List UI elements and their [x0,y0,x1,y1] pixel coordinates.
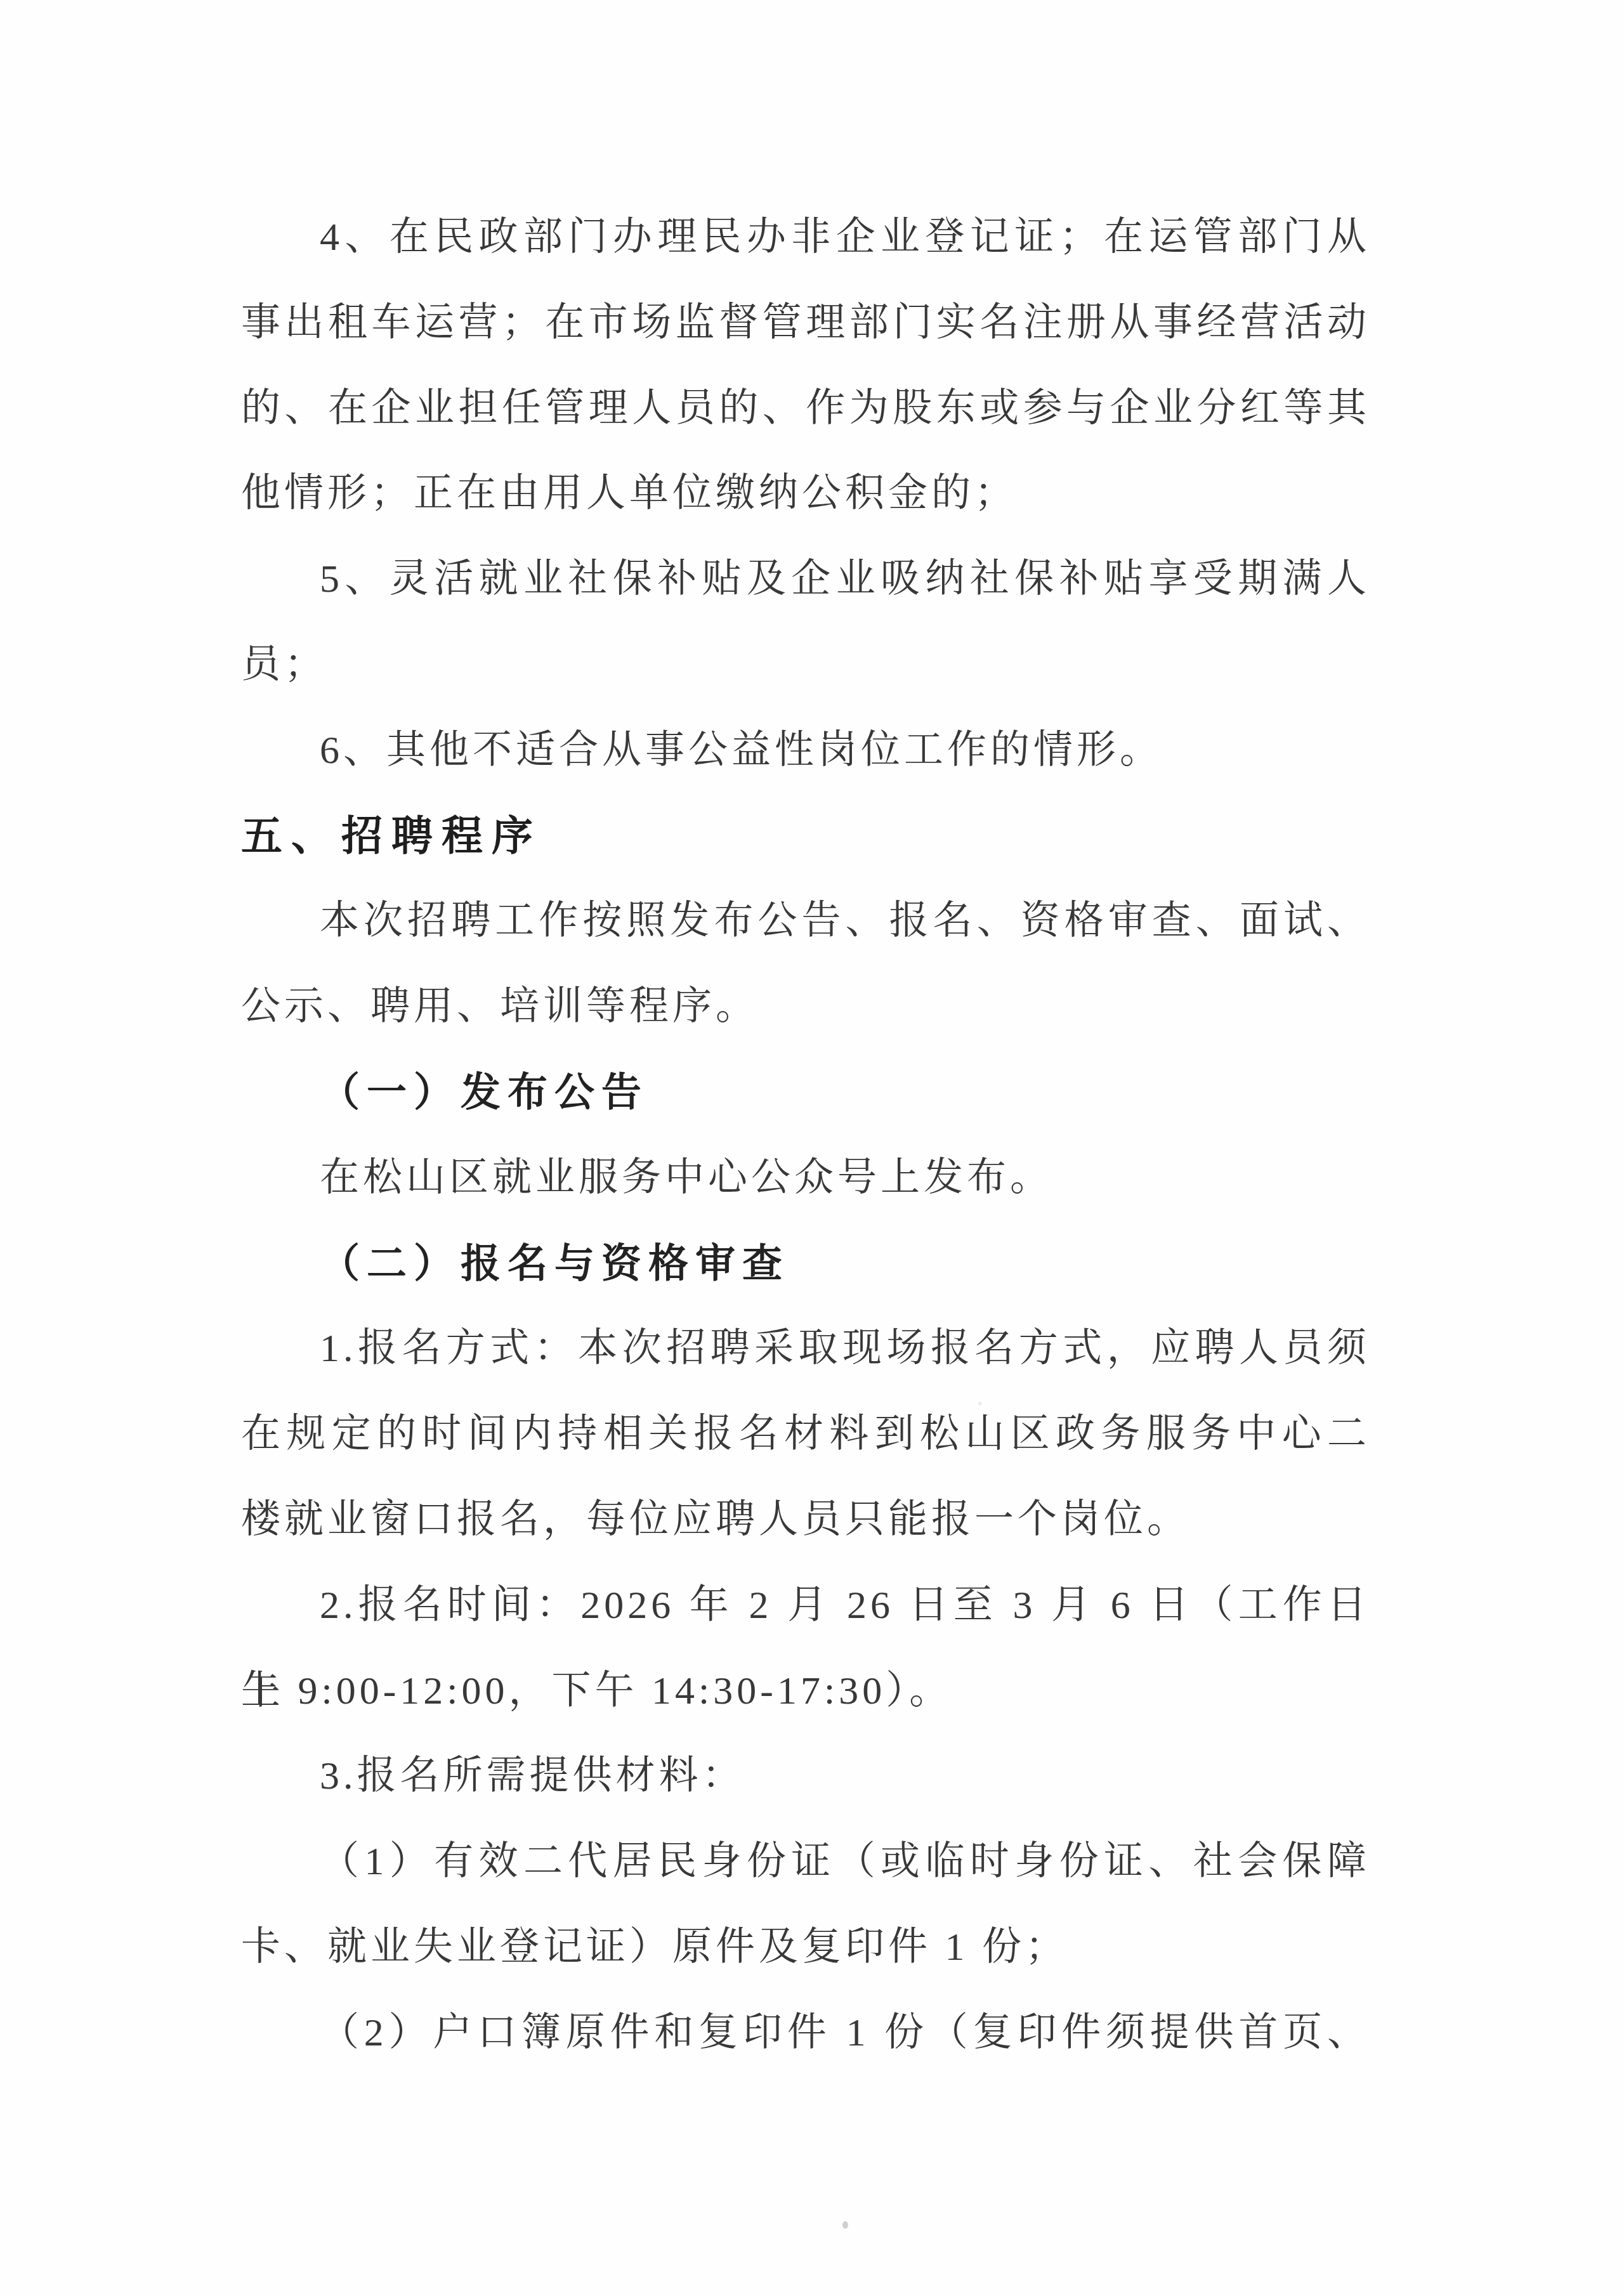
document-line-13: （二）报名与资格审查 [241,1221,1370,1307]
document-line-3: 的、在企业担任管理人员的、作为股东或参与企业分红等其 [241,366,1370,452]
document-line-22: （2）户口簿原件和复印件 1 份（复印件须提供首页、 [241,1990,1370,2076]
document-page: 4、在民政部门办理民办非企业登记证；在运管部门从事出租车运营；在市场监督管理部门… [0,0,1624,2296]
document-line-5: 5、灵活就业社保补贴及企业吸纳社保补贴享受期满人 [241,537,1370,622]
document-line-15: 在规定的时间内持相关报名材料到松山区政务服务中心二 [241,1392,1370,1477]
document-line-4: 他情形；正在由用人单位缴纳公积金的； [241,451,1370,537]
scan-speck [978,1402,982,1406]
document-line-8: 五、招聘程序 [241,793,1370,879]
scan-speck [842,2221,848,2229]
document-line-18: 午 9:00-12:00，下午 14:30-17:30）。 [241,1648,1370,1734]
document-line-11: （一）发布公告 [241,1050,1370,1135]
document-line-7: 6、其他不适合从事公益性岗位工作的情形。 [241,708,1370,793]
document-line-2: 事出租车运营；在市场监督管理部门实名注册从事经营活动 [241,280,1370,366]
document-line-10: 公示、聘用、培训等程序。 [241,964,1370,1050]
document-line-1: 4、在民政部门办理民办非企业登记证；在运管部门从 [241,195,1370,280]
document-line-20: （1）有效二代居民身份证（或临时身份证、社会保障 [241,1819,1370,1905]
document-line-19: 3.报名所需提供材料： [241,1733,1370,1819]
document-line-21: 卡、就业失业登记证）原件及复印件 1 份； [241,1905,1370,1990]
scan-speck [666,738,669,741]
document-line-12: 在松山区就业服务中心公众号上发布。 [241,1135,1370,1221]
document-line-6: 员； [241,622,1370,708]
document-line-9: 本次招聘工作按照发布公告、报名、资格审查、面试、 [241,878,1370,964]
document-line-16: 楼就业窗口报名，每位应聘人员只能报一个岗位。 [241,1477,1370,1563]
document-text: 4、在民政部门办理民办非企业登记证；在运管部门从事出租车运营；在市场监督管理部门… [241,195,1370,2076]
document-line-17: 2.报名时间：2026 年 2 月 26 日至 3 月 6 日（工作日上 [241,1563,1370,1648]
document-line-14: 1.报名方式：本次招聘采取现场报名方式，应聘人员须 [241,1306,1370,1392]
